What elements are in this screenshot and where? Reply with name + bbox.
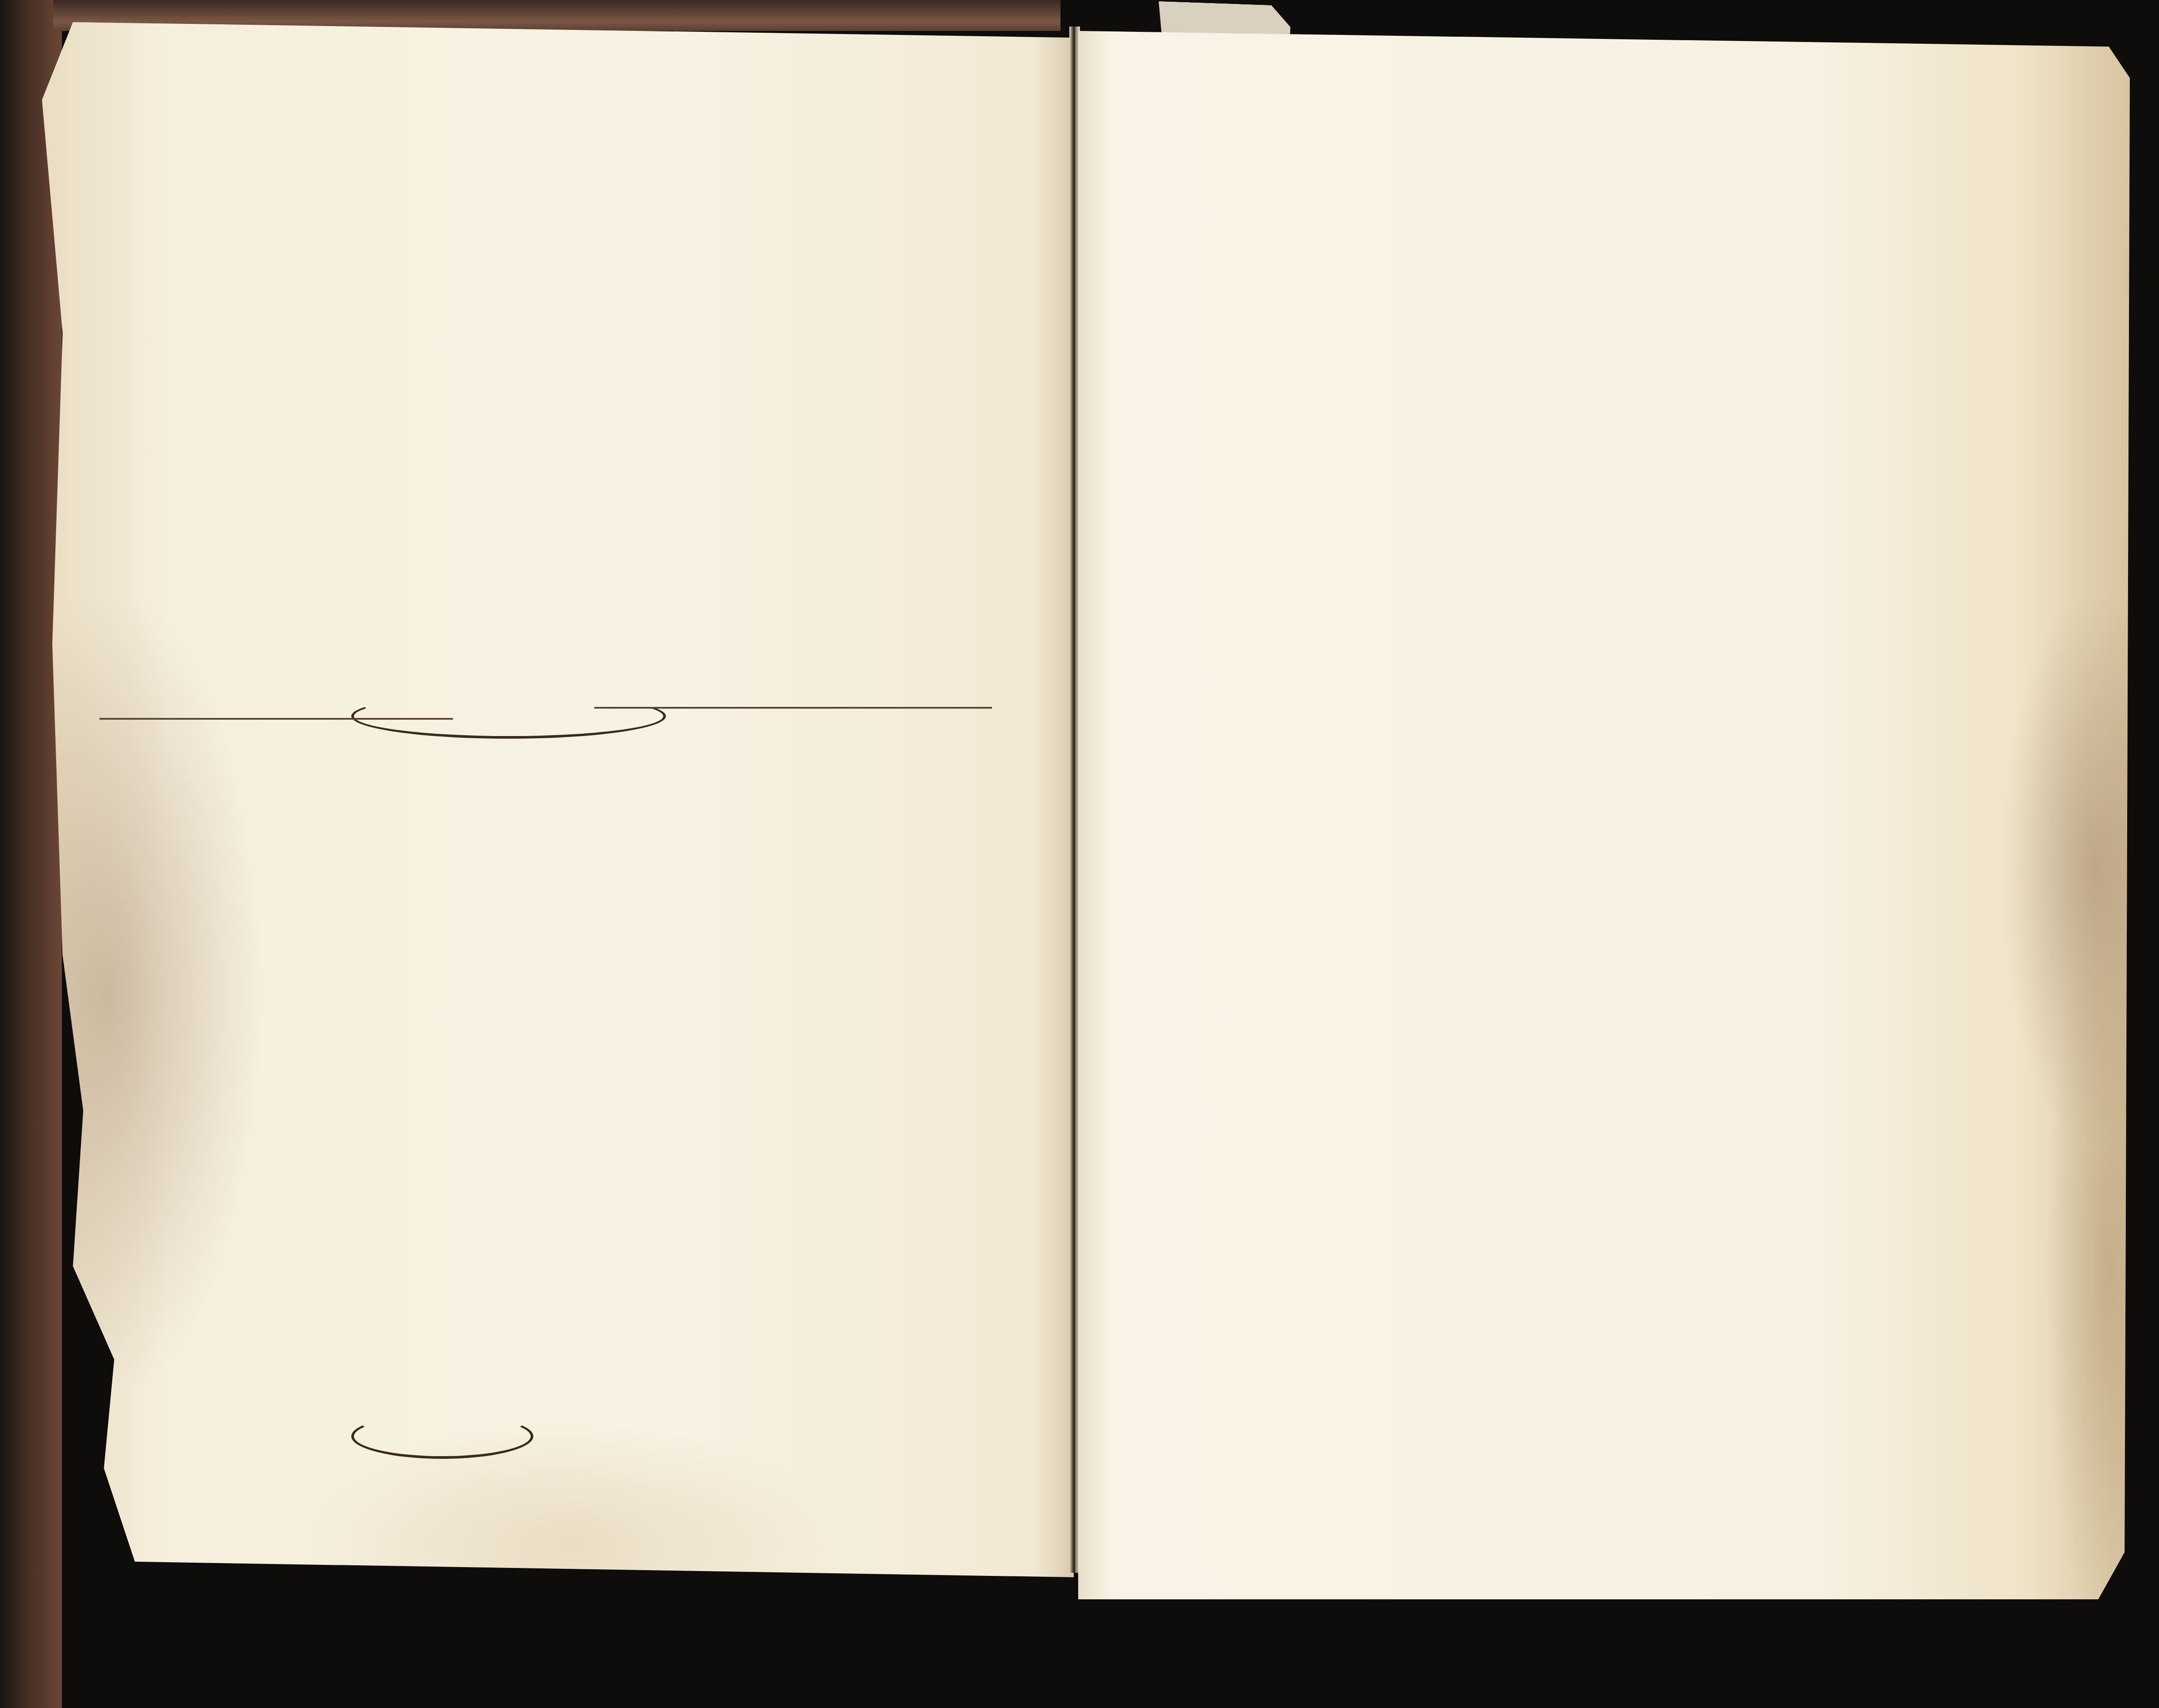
- right-page: [1078, 31, 2130, 1599]
- book-cover-left: [0, 0, 62, 1708]
- signature-flourish: [351, 1414, 533, 1459]
- left-page: [42, 22, 1074, 1577]
- divider-rule: [594, 707, 992, 709]
- divider-rule: [99, 718, 453, 720]
- signature-flourish: [351, 694, 666, 739]
